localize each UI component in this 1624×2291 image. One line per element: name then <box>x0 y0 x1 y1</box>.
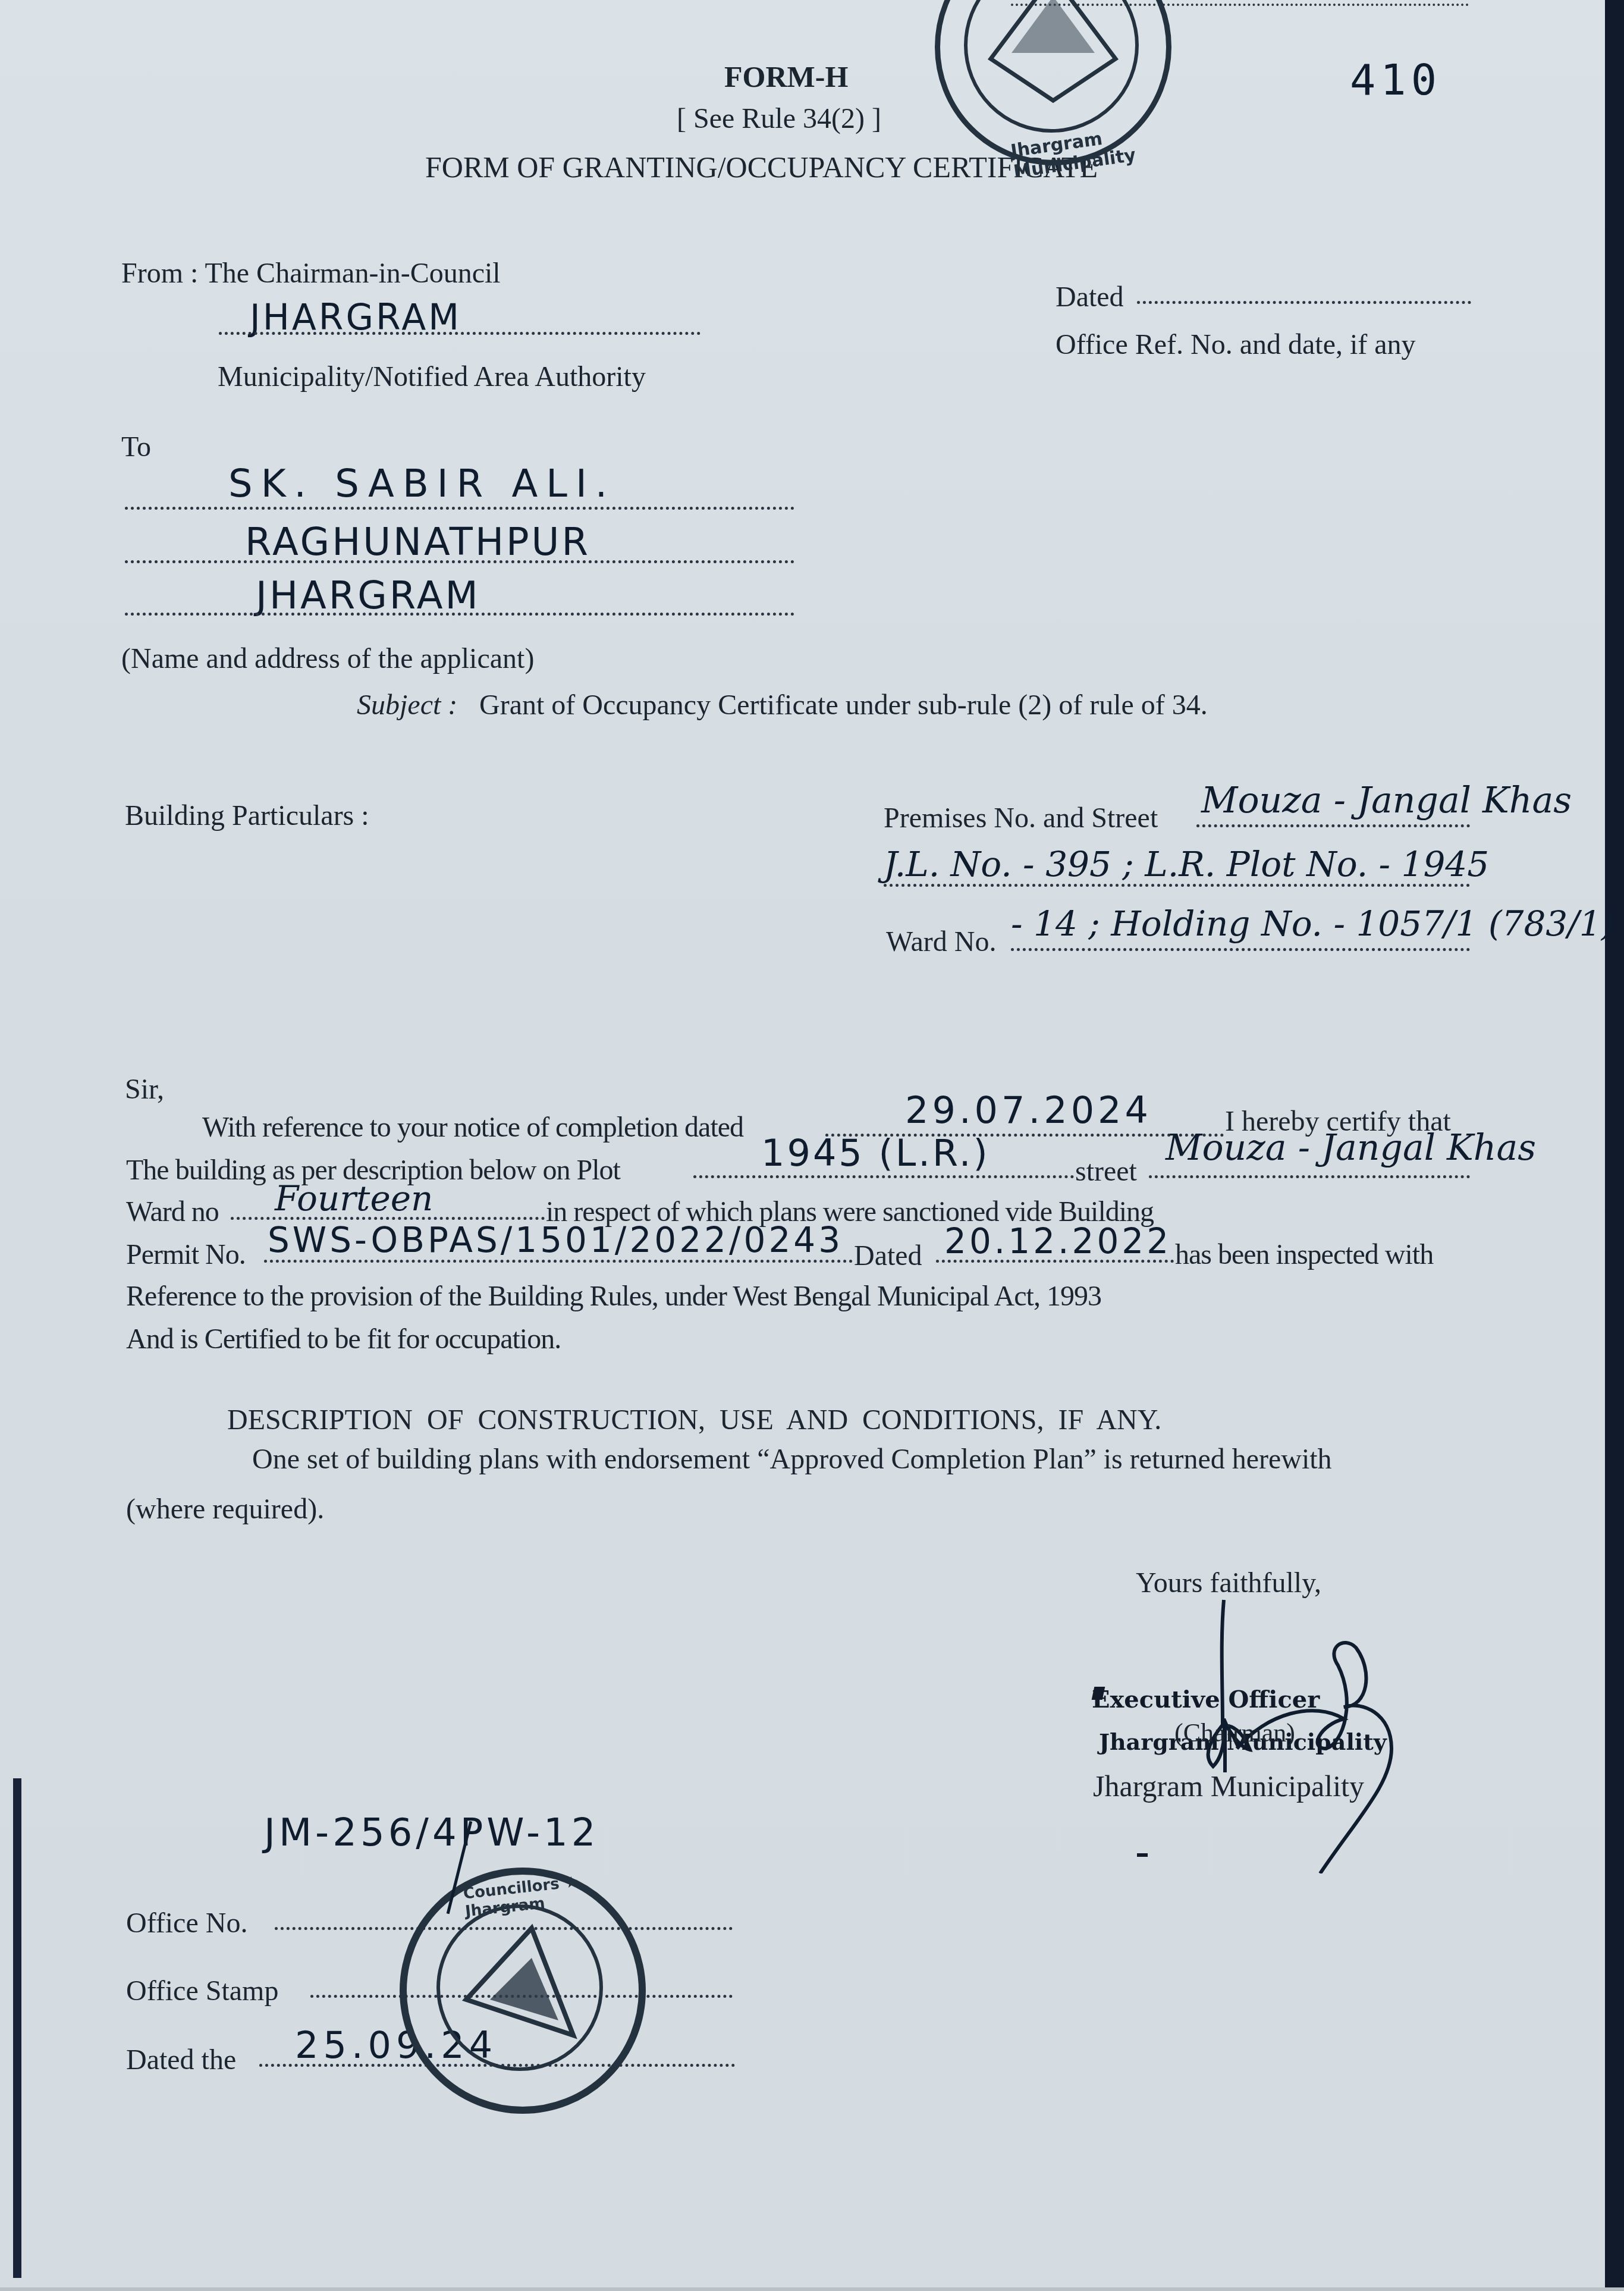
permit-date: 20.12.2022 <box>944 1224 1171 1259</box>
applicant-caption: (Name and address of the applicant) <box>121 645 534 673</box>
body-line4-prefix: Permit No. <box>126 1241 246 1269</box>
body-line3-prefix: Ward no <box>126 1198 219 1226</box>
closing: Yours faithfully, <box>1136 1569 1321 1598</box>
page-right-edge <box>1605 0 1624 2291</box>
ward-label: Ward No. <box>886 928 996 956</box>
to-label: To <box>121 433 151 462</box>
office-stamp-label: Office Stamp <box>126 1977 278 2006</box>
applicant-name: SK. SABIR ALI. <box>228 465 615 503</box>
authority-label: Municipality/Notified Area Authority <box>218 363 646 391</box>
building-particulars-label: Building Particulars : <box>125 802 369 830</box>
signatory-municipality: Jhargram Municipality <box>1093 1771 1364 1801</box>
dated-field[interactable] <box>1137 301 1471 304</box>
body-line6: And is Certified to be fit for occupatio… <box>126 1325 561 1354</box>
subject-text: Grant of Occupancy Certificate under sub… <box>479 691 1208 720</box>
jl-plot-line <box>884 884 1470 887</box>
from-name-line <box>219 332 701 335</box>
applicant-address-line-1: RAGHUNATHPUR <box>245 523 590 561</box>
memo-number: JM-256/4PW-12 <box>264 1814 599 1852</box>
premises-line <box>1196 824 1470 827</box>
rule-reference: [ See Rule 34(2) ] <box>677 105 881 133</box>
description-line1: One set of building plans with endorseme… <box>252 1445 1332 1474</box>
body-line5: Reference to the provision of the Buildi… <box>126 1282 1101 1311</box>
municipality-seal-top: Jhargram Municipality <box>935 0 1171 165</box>
ward-words: Fourteen <box>275 1181 433 1216</box>
office-ref-label: Office Ref. No. and date, if any <box>1056 331 1416 359</box>
office-no-label: Office No. <box>126 1909 247 1938</box>
dated-the-label: Dated the <box>126 2046 236 2075</box>
page-left-edge <box>13 1778 21 2278</box>
stamp-corner-mark-bottom <box>1137 1853 1148 1857</box>
executive-officer-stamp-line1: Executive Officer <box>1092 1688 1320 1712</box>
jl-plot-value: J.L. No. - 395 ; L.R. Plot No. - 1945 <box>884 847 1489 881</box>
seal-emblem-icon <box>454 1916 591 2053</box>
street-line <box>1149 1175 1470 1178</box>
applicant-name-line <box>125 507 794 510</box>
document-page: FORM-H [ See Rule 34(2) ] FORM OF GRANTI… <box>0 0 1624 2291</box>
description-heading: DESCRIPTION OF CONSTRUCTION, USE AND CON… <box>227 1406 1161 1435</box>
subject-label: Subject : <box>357 691 457 720</box>
form-title: FORM-H <box>724 62 848 92</box>
premises-label: Premises No. and Street <box>884 804 1158 833</box>
municipality-seal-bottom: Councillors ★ Jhargram <box>400 1868 646 2114</box>
address-line-1 <box>125 560 794 563</box>
ward-holding-value: - 14 ; Holding No. - 1057/1 (783/1) <box>1011 906 1614 941</box>
description-line2: (where required). <box>126 1495 324 1524</box>
seal-emblem-icon <box>982 0 1124 112</box>
premises-value: Mouza - Jangal Khas <box>1201 783 1572 818</box>
plot-value: 1945 (L.R.) <box>761 1135 990 1172</box>
dated-label: Dated <box>1056 283 1124 312</box>
body-line1-prefix: With reference to your notice of complet… <box>202 1113 743 1142</box>
street-value: Mouza - Jangal Khas <box>1166 1130 1536 1166</box>
certificate-title: FORM OF GRANTING/OCCUPANCY CERTIFICATE <box>425 152 1098 182</box>
street-label: street <box>1075 1157 1137 1186</box>
from-label: From : The Chairman-in-Council <box>121 259 501 288</box>
body-line4-suffix: has been inspected with <box>1175 1241 1433 1269</box>
plot-line <box>693 1175 1074 1178</box>
completion-date: 29.07.2024 <box>905 1092 1152 1129</box>
ward-line <box>1011 948 1470 951</box>
page-bottom-edge <box>0 2287 1624 2291</box>
salutation: Sir, <box>125 1075 164 1104</box>
permit-dated-label: Dated <box>854 1242 922 1270</box>
designation: (Chairman) <box>1174 1720 1295 1746</box>
permit-number: SWS-OBPAS/1501/2022/0243 <box>268 1223 843 1257</box>
address-line-2 <box>125 613 794 616</box>
serial-number: 410 <box>1350 58 1441 101</box>
applicant-address-line-2: JHARGRAM <box>256 577 480 615</box>
from-municipality-name: JHARGRAM <box>250 300 461 335</box>
